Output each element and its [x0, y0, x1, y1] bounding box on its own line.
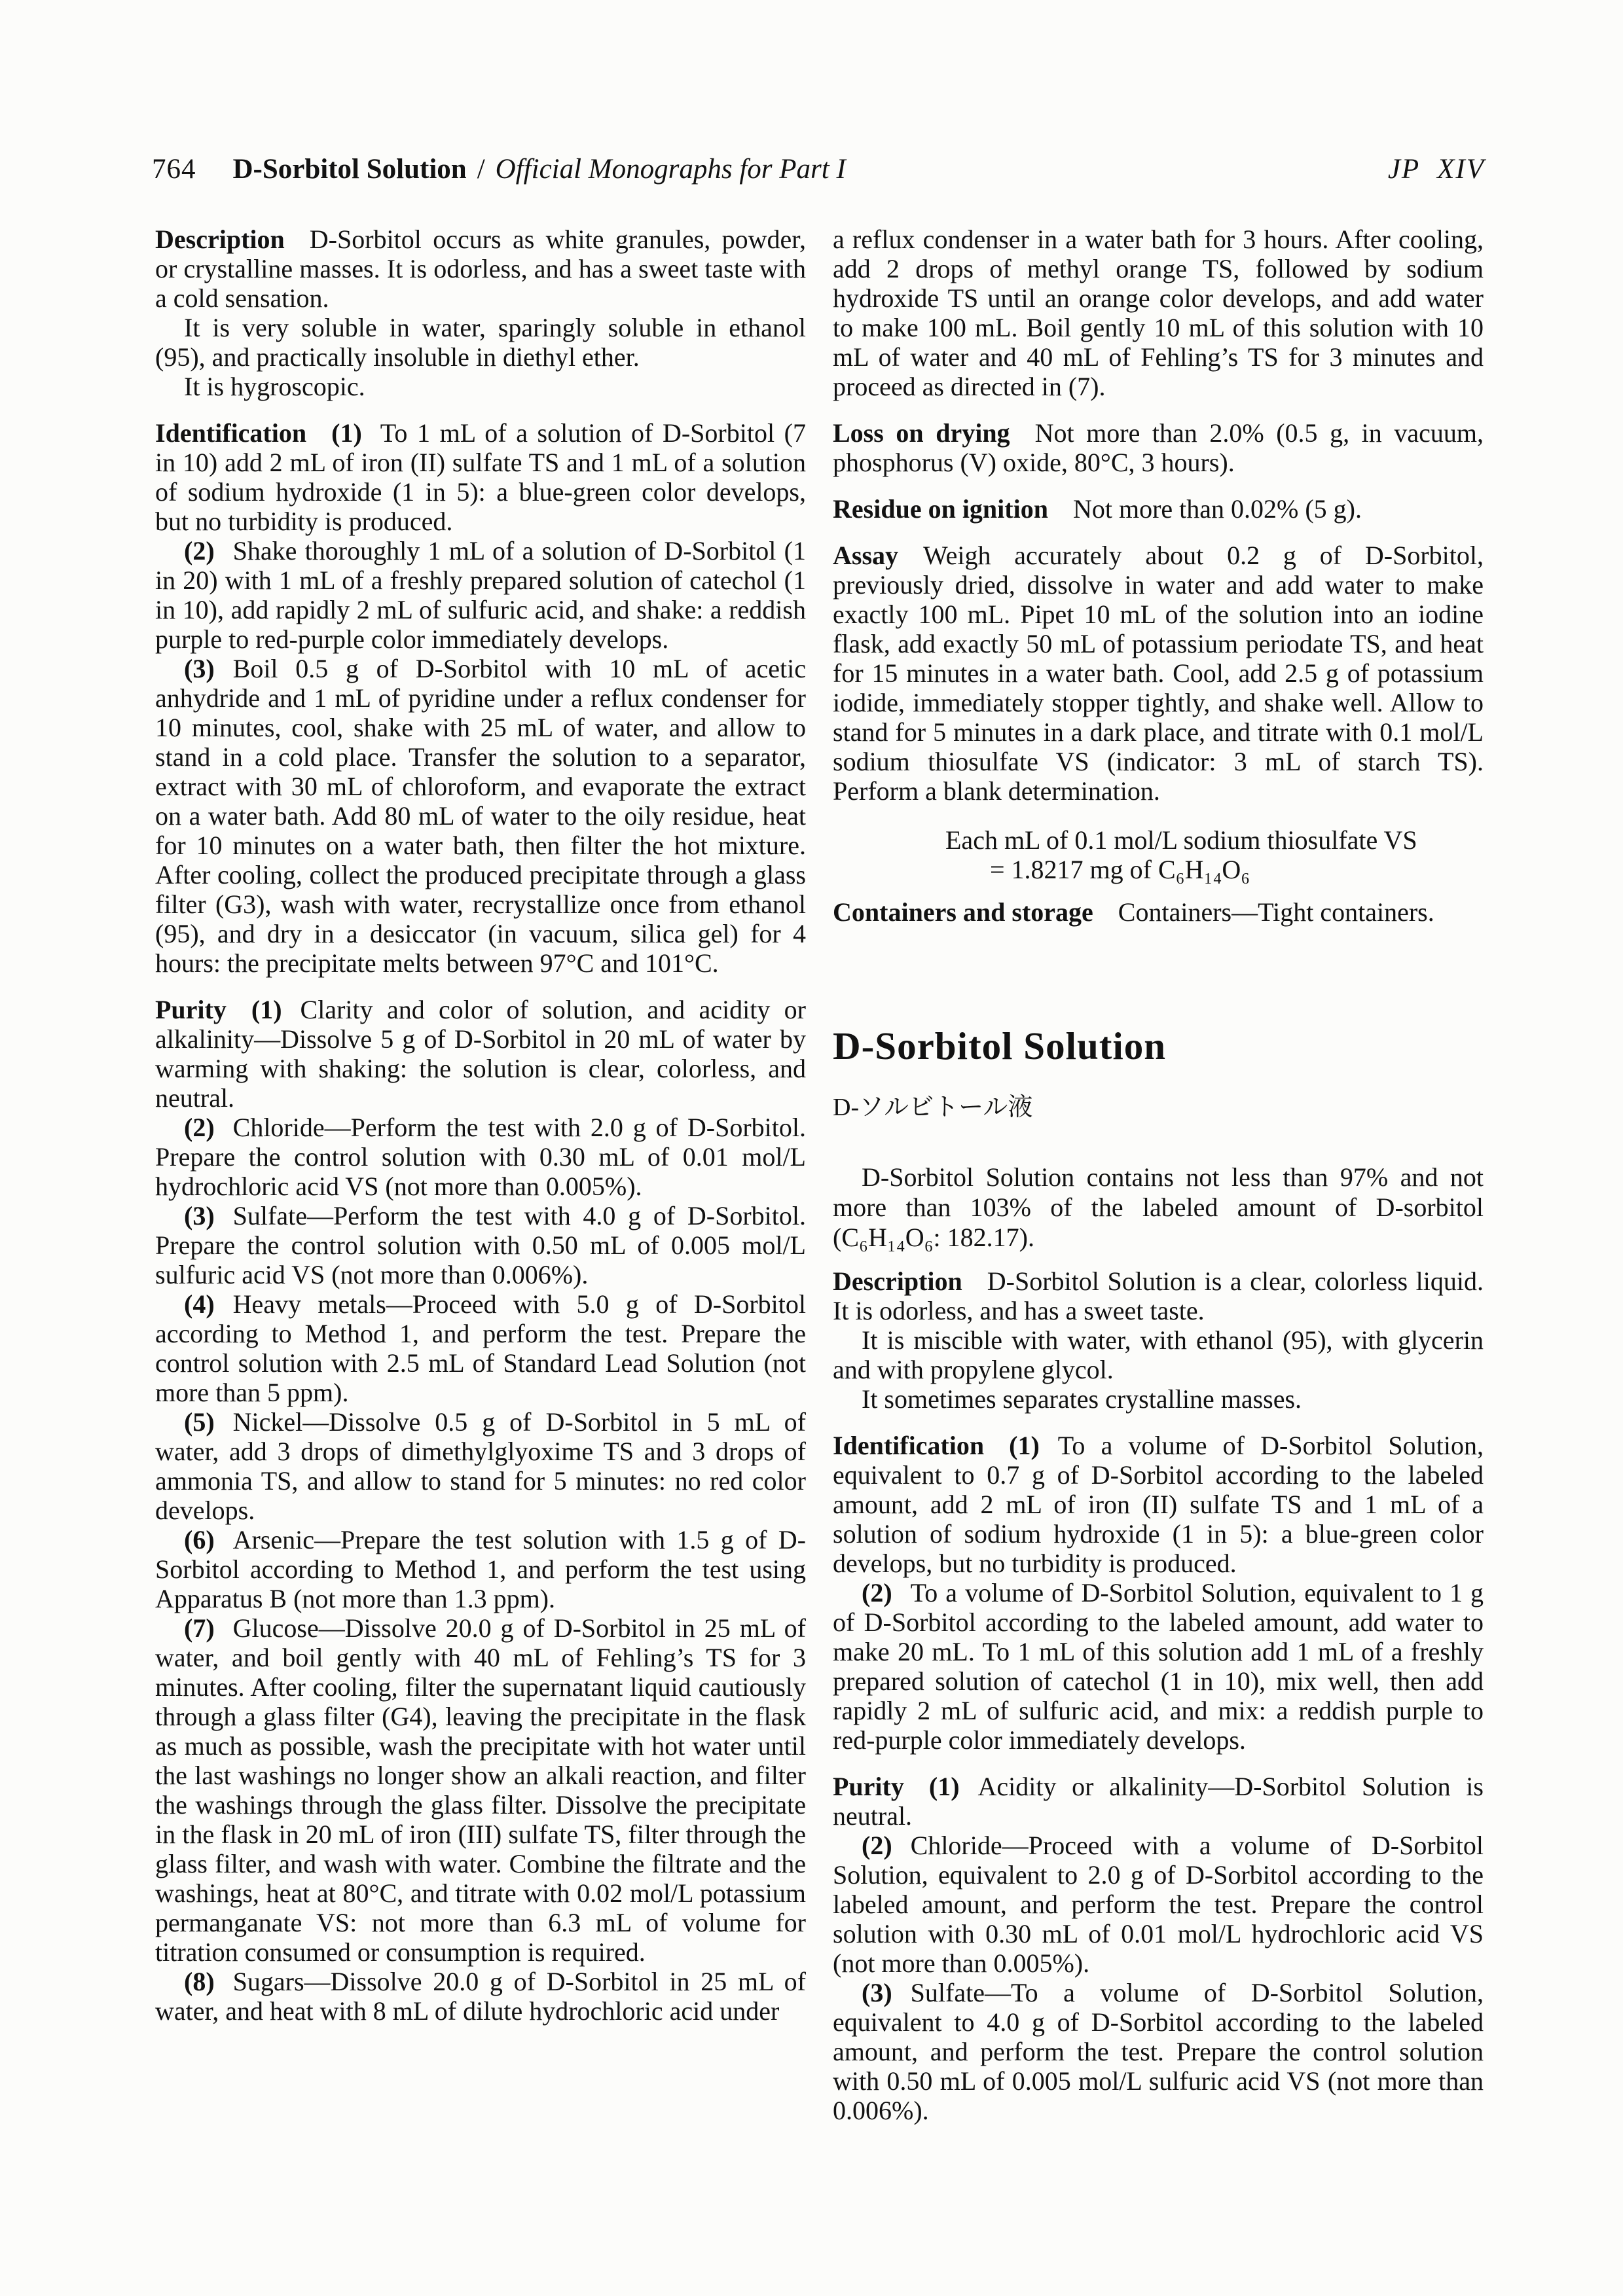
identification-label: Identification [833, 1431, 984, 1460]
description-label: Description [155, 224, 285, 254]
item-number: (3) [184, 1201, 215, 1230]
description-paragraph: It sometimes separates crystalline masse… [833, 1384, 1484, 1414]
purity-item: (2)Chloride—Proceed with a volume of D-S… [833, 1831, 1484, 1978]
item-text: Shake thoroughly 1 mL of a solution of D… [155, 536, 806, 654]
description-section-start: DescriptionD-Sorbitol occurs as white gr… [155, 224, 806, 313]
item-text: Sugars—Dissolve 20.0 g of D-Sorbitol in … [155, 1967, 806, 2026]
containers-label: Containers and storage [833, 897, 1093, 927]
identification-item: (2)Shake thoroughly 1 mL of a solution o… [155, 536, 806, 654]
item-text: Boil 0.5 g of D-Sorbitol with 10 mL of a… [155, 654, 806, 978]
equation-line: = 1.8217 mg of C₆H₁₄O₆ [833, 855, 1484, 884]
monograph-title-japanese: D-ソルビトール液 [833, 1093, 1484, 1122]
loss-on-drying-label: Loss on drying [833, 418, 1010, 448]
item-number: (2) [862, 1578, 892, 1607]
loss-on-drying-section: Loss on dryingNot more than 2.0% (0.5 g,… [833, 418, 1484, 477]
item-text: Sulfate—To a volume of D-Sorbitol Soluti… [833, 1978, 1484, 2125]
purity-section-start: Purity(1)Clarity and color of solution, … [155, 995, 806, 1113]
item-text: Chloride—Perform the test with 2.0 g of … [155, 1113, 806, 1201]
item-text: Arsenic—Prepare the test solution with 1… [155, 1525, 806, 1613]
continuation-paragraph: a reflux condenser in a water bath for 3… [833, 224, 1484, 401]
description-paragraph: It is very soluble in water, sparingly s… [155, 313, 806, 372]
residue-on-ignition-text: Not more than 0.02% (5 g). [1073, 494, 1362, 524]
running-title-monograph: D-Sorbitol Solution [233, 154, 467, 185]
running-title-section: Official Monographs for Part I [496, 154, 846, 185]
equation-line: Each mL of 0.1 mol/L sodium thiosulfate … [833, 825, 1484, 855]
edition-label: JP XIV [1388, 153, 1485, 186]
item-number: (3) [184, 654, 215, 683]
containers-text: Containers—Tight containers. [1118, 897, 1434, 927]
identification-label: Identification [155, 418, 306, 448]
item-number: (1) [331, 418, 362, 448]
item-text: To a volume of D-Sorbitol Solution, equi… [833, 1578, 1484, 1755]
assay-section: AssayWeigh accurately about 0.2 g of D-S… [833, 541, 1484, 806]
solution-purity-section-start: Purity(1)Acidity or alkalinity—D-Sorbito… [833, 1772, 1484, 1831]
purity-item: (8)Sugars—Dissolve 20.0 g of D-Sorbitol … [155, 1967, 806, 2026]
identification-item: (2)To a volume of D-Sorbitol Solution, e… [833, 1578, 1484, 1755]
item-text: Heavy metals—Proceed with 5.0 g of D-Sor… [155, 1289, 806, 1407]
purity-item: (2)Chloride—Perform the test with 2.0 g … [155, 1113, 806, 1201]
page-header: 764 D-Sorbitol Solution/Official Monogra… [152, 153, 1485, 186]
description-label: Description [833, 1266, 962, 1296]
description-paragraph: It is miscible with water, with ethanol … [833, 1325, 1484, 1384]
item-number: (2) [184, 536, 215, 565]
purity-label: Purity [155, 995, 227, 1024]
purity-label: Purity [833, 1772, 904, 1801]
item-text: Glucose—Dissolve 20.0 g of D-Sorbitol in… [155, 1613, 806, 1967]
item-number: (2) [862, 1831, 892, 1860]
assay-text: Weigh accurately about 0.2 g of D-Sorbit… [833, 541, 1484, 806]
running-title: D-Sorbitol Solution/Official Monographs … [233, 153, 846, 186]
assay-label: Assay [833, 541, 898, 570]
item-text: Sulfate—Perform the test with 4.0 g of D… [155, 1201, 806, 1289]
item-number: (4) [184, 1289, 215, 1319]
scanned-pharmacopoeia-page: 764 D-Sorbitol Solution/Official Monogra… [0, 0, 1623, 2296]
item-text: Chloride—Proceed with a volume of D-Sorb… [833, 1831, 1484, 1978]
monograph-title: D-Sorbitol Solution [833, 1025, 1484, 1067]
solution-identification-section-start: Identification(1)To a volume of D-Sorbit… [833, 1431, 1484, 1578]
identification-item: (3)Boil 0.5 g of D-Sorbitol with 10 mL o… [155, 654, 806, 978]
item-number: (2) [184, 1113, 215, 1142]
identification-section-start: Identification(1)To 1 mL of a solution o… [155, 418, 806, 536]
description-paragraph: It is hygroscopic. [155, 372, 806, 401]
running-title-separator: / [467, 154, 496, 185]
item-number: (5) [184, 1407, 215, 1437]
monograph-intro-paragraph: D-Sorbitol Solution contains not less th… [833, 1162, 1484, 1253]
item-text: Nickel—Dissolve 0.5 g of D-Sorbitol in 5… [155, 1407, 806, 1525]
right-column: a reflux condenser in a water bath for 3… [833, 224, 1484, 2125]
item-number: (7) [184, 1613, 215, 1643]
purity-item: (3)Sulfate—To a volume of D-Sorbitol Sol… [833, 1978, 1484, 2125]
left-column: DescriptionD-Sorbitol occurs as white gr… [155, 224, 806, 2026]
item-number: (1) [929, 1772, 960, 1801]
item-number: (1) [1009, 1431, 1040, 1460]
purity-item: (3)Sulfate—Perform the test with 4.0 g o… [155, 1201, 806, 1289]
item-number: (3) [862, 1978, 892, 2007]
purity-item: (6)Arsenic—Prepare the test solution wit… [155, 1525, 806, 1613]
item-number: (1) [251, 995, 282, 1024]
purity-item: (5)Nickel—Dissolve 0.5 g of D-Sorbitol i… [155, 1407, 806, 1525]
purity-item: (4)Heavy metals—Proceed with 5.0 g of D-… [155, 1289, 806, 1407]
solution-description-section-start: DescriptionD-Sorbitol Solution is a clea… [833, 1266, 1484, 1325]
containers-and-storage-section: Containers and storageContainers—Tight c… [833, 897, 1484, 927]
residue-on-ignition-label: Residue on ignition [833, 494, 1048, 524]
page-number: 764 [152, 153, 196, 186]
residue-on-ignition-section: Residue on ignitionNot more than 0.02% (… [833, 494, 1484, 524]
titration-equivalence-equation: Each mL of 0.1 mol/L sodium thiosulfate … [833, 825, 1484, 884]
item-number: (8) [184, 1967, 215, 1996]
purity-item: (7)Glucose—Dissolve 20.0 g of D-Sorbitol… [155, 1613, 806, 1967]
item-number: (6) [184, 1525, 215, 1554]
